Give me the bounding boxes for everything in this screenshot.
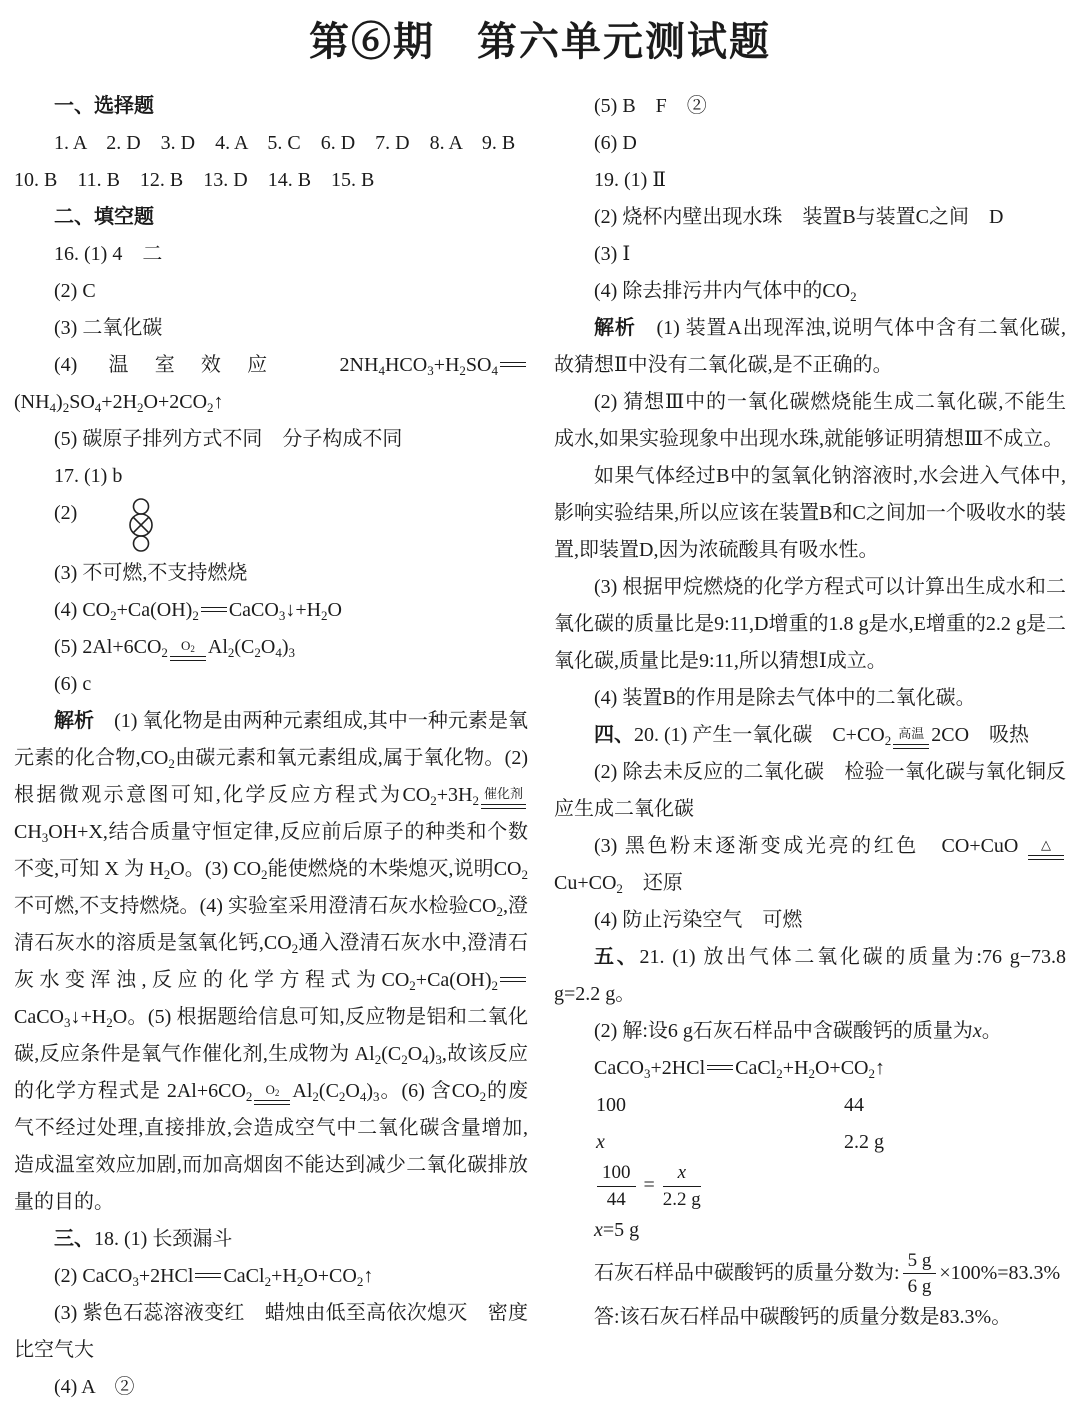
q17-answer-4: (4) CO2+Ca(OH)2CaCO3↓+H2O	[14, 592, 528, 629]
q21-molar-mass-row: 10044	[554, 1087, 1066, 1124]
reaction-equals	[195, 1273, 221, 1278]
stoich-right-value: 44	[844, 1087, 864, 1124]
reaction-equals	[201, 607, 227, 612]
q18-answer-2: (2) CaCO3+2HClCaCl2+H2O+CO2↑	[14, 1258, 528, 1295]
reaction-equals-conditioned: △	[1028, 838, 1064, 860]
q16-answer-2: (2) C	[14, 273, 528, 310]
reaction-equals-conditioned: 催化剂	[481, 787, 526, 809]
q19-answer-4: (4) 除去排污井内气体中的CO2	[554, 273, 1066, 310]
fraction: 10044	[597, 1161, 636, 1212]
stoich-left-value: 100	[596, 1094, 626, 1116]
right-column: (5) B F ②(6) D19. (1) Ⅱ(2) 烧杯内壁出现水珠 装置B与…	[554, 88, 1066, 1336]
answer-key-page: 第⑥期 第六单元测试题 一、选择题1. A 2. D 3. D 4. A 5. …	[0, 0, 1080, 1428]
reaction-equals	[500, 362, 526, 367]
reaction-equals-conditioned: 高温	[893, 727, 929, 749]
q18-answer-6: (6) D	[554, 125, 1066, 162]
q17-answer-1: 17. (1) b	[14, 458, 528, 495]
page-title: 第⑥期 第六单元测试题	[0, 10, 1080, 67]
q17-answer-6: (6) c	[14, 666, 528, 703]
q21-solution-x: x=5 g	[554, 1212, 1066, 1249]
q21-percentage: 石灰石样品中碳酸钙的质量分数为:5 g6 g×100%=83.3%	[554, 1249, 1066, 1300]
q21-final-answer: 答:该石灰石样品中碳酸钙的质量分数是83.3%。	[554, 1299, 1066, 1336]
q16-answer-3: (3) 二氧化碳	[14, 310, 528, 347]
choice-answers-line-2: 10. B 11. B 12. B 13. D 14. B 15. B	[14, 162, 528, 199]
q18-answer-5: (5) B F ②	[554, 88, 1066, 125]
q16-17-analysis: 解析 (1) 氧化物是由两种元素组成,其中一种元素是氧元素的化合物,CO2由碳元…	[14, 703, 528, 1221]
q17-answer-3: (3) 不可燃,不支持燃烧	[14, 555, 528, 592]
q19-analysis-1: 解析 (1) 装置A出现浑浊,说明气体中含有二氧化碳,故猜想Ⅱ中没有二氧化碳,是…	[554, 310, 1066, 384]
q20-answer-2: (2) 除去未反应的二氧化碳 检验一氧化碳与氧化铜反应生成二氧化碳	[554, 754, 1066, 828]
left-column: 一、选择题1. A 2. D 3. D 4. A 5. C 6. D 7. D …	[14, 88, 528, 1406]
fraction: 5 g6 g	[903, 1249, 937, 1300]
reaction-equals-conditioned: O2	[170, 639, 206, 661]
choice-answers-line-1: 1. A 2. D 3. D 4. A 5. C 6. D 7. D 8. A …	[14, 125, 528, 162]
q21-proportion: 10044 = x2.2 g	[554, 1161, 1066, 1212]
stoich-right-value: 2.2 g	[844, 1124, 884, 1161]
q19-answer-1: 19. (1) Ⅱ	[554, 162, 1066, 199]
q21-answer-1: 五、21. (1) 放出气体二氧化碳的质量为:76 g−73.8 g=2.2 g…	[554, 939, 1066, 1013]
stoich-left-value: x	[596, 1131, 605, 1153]
q19-answer-3: (3) Ⅰ	[554, 236, 1066, 273]
reaction-equals	[500, 977, 526, 982]
q21-answer-2-equation: CaCO3+2HClCaCl2+H2O+CO2↑	[554, 1050, 1066, 1087]
reaction-equals-conditioned: O2	[254, 1083, 290, 1105]
reaction-equals	[707, 1065, 733, 1070]
q18-answer-1: 三、18. (1) 长颈漏斗	[14, 1221, 528, 1258]
q20-answer-4: (4) 防止污染空气 可燃	[554, 902, 1066, 939]
q16-answer-4: (4) 温室效应 2NH4HCO3+H2SO4(NH4)2SO4+2H2O+2C…	[14, 347, 528, 421]
q20-answer-3: (3) 黑色粉末逐渐变成光亮的红色 CO+CuO △ Cu+CO2 还原	[554, 828, 1066, 902]
q19-answer-2: (2) 烧杯内壁出现水珠 装置B与装置C之间 D	[554, 199, 1066, 236]
q16-answer-1: 16. (1) 4 二	[14, 236, 528, 273]
q20-answer-1: 四、20. (1) 产生一氧化碳 C+CO2高温2CO 吸热	[554, 717, 1066, 754]
section-1-header: 一、选择题	[14, 88, 528, 125]
section-2-header: 二、填空题	[14, 199, 528, 236]
q19-analysis-2: (2) 猜想Ⅲ中的一氧化碳燃烧能生成二氧化碳,不能生成水,如果实验现象中出现水珠…	[554, 384, 1066, 458]
q19-analysis-4: (4) 装置B的作用是除去气体中的二氧化碳。	[554, 680, 1066, 717]
q17-answer-2: (2)	[14, 495, 528, 555]
molecule-model-diagram	[86, 497, 156, 555]
q16-answer-5: (5) 碳原子排列方式不同 分子构成不同	[14, 421, 528, 458]
q19-analysis-3: (3) 根据甲烷燃烧的化学方程式可以计算出生成水和二氧化碳的质量比是9:11,D…	[554, 569, 1066, 680]
q19-analysis-2b: 如果气体经过B中的氢氧化钠溶液时,水会进入气体中,影响实验结果,所以应该在装置B…	[554, 458, 1066, 569]
q21-mass-row: x2.2 g	[554, 1124, 1066, 1161]
fraction: x2.2 g	[663, 1161, 701, 1212]
q18-answer-3: (3) 紫色石蕊溶液变红 蜡烛由低至高依次熄灭 密度比空气大	[14, 1295, 528, 1369]
q18-answer-4: (4) A ②	[14, 1369, 528, 1406]
q21-answer-2-setup: (2) 解:设6 g石灰石样品中含碳酸钙的质量为x。	[554, 1013, 1066, 1050]
q17-answer-5: (5) 2Al+6CO2O2Al2(C2O4)3	[14, 629, 528, 666]
